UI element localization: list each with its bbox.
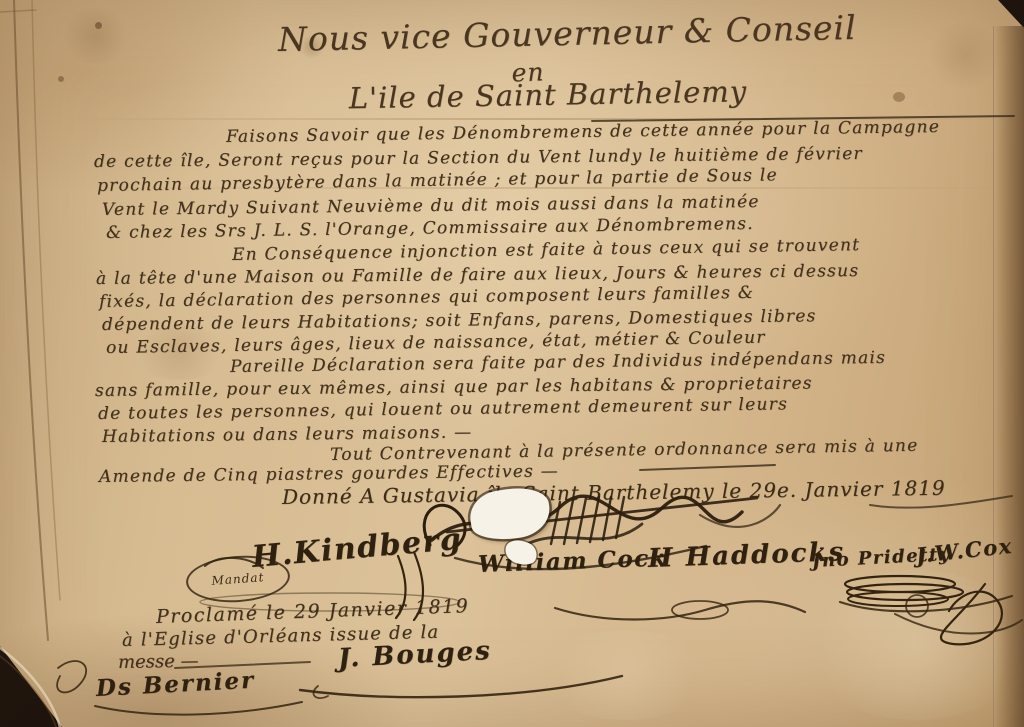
adjacent-page-edge (993, 26, 1024, 727)
manuscript-photo: Nous vice Gouverneur & Conseil en L'ile … (0, 0, 1024, 727)
